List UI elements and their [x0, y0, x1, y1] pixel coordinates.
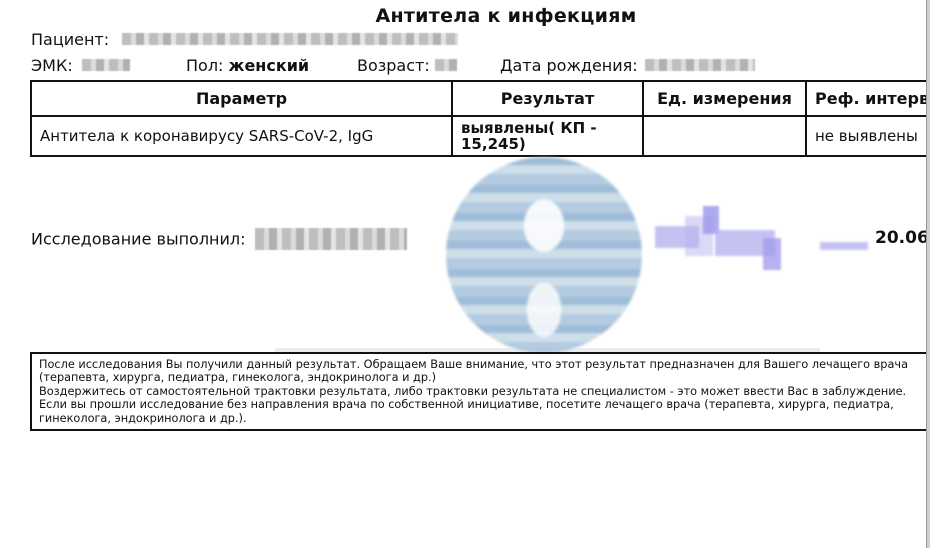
birthdate-label: Дата рождения:: [500, 56, 638, 75]
table-row: Антитела к коронавирусу SARS-CoV-2, IgG …: [31, 116, 926, 156]
birthdate-value-redacted: [645, 59, 755, 71]
emk-value-redacted: [82, 59, 130, 71]
result-line-1: выявлены( КП -: [461, 120, 634, 136]
document-page: Антитела к инфекциям Пациент: ЭМК: Пол: …: [0, 0, 926, 548]
cell-reference: не выявлены: [806, 116, 926, 156]
patient-name-redacted: [122, 33, 458, 45]
performer-name-redacted: [255, 228, 407, 250]
notice-line: Если вы прошли исследование без направле…: [39, 398, 926, 411]
emk-label: ЭМК:: [31, 56, 73, 75]
patient-line: Пациент:: [31, 30, 458, 49]
vertical-scrollbar[interactable]: [926, 0, 930, 548]
results-table: Параметр Результат Ед. измерения Реф. ин…: [30, 80, 926, 157]
sex-line: Пол: женский: [186, 56, 309, 75]
header-parameter: Параметр: [31, 81, 452, 116]
sex-value: женский: [229, 56, 310, 75]
header-reference: Реф. интервал: [806, 81, 926, 116]
sex-label: Пол:: [186, 56, 223, 75]
notice-line: Воздержитесь от самостоятельной трактовк…: [39, 385, 926, 398]
age-label: Возраст:: [357, 56, 430, 75]
performer-date: 20.06: [875, 228, 926, 248]
table-header-row: Параметр Результат Ед. измерения Реф. ин…: [31, 81, 926, 116]
emk-line: ЭМК:: [31, 56, 130, 75]
performer-line: Исследование выполнил:: [31, 229, 407, 251]
cell-unit: [643, 116, 806, 156]
header-result: Результат: [452, 81, 643, 116]
result-line-2: 15,245): [461, 136, 634, 152]
age-value-redacted: [435, 59, 457, 71]
cell-parameter: Антитела к коронавирусу SARS-CoV-2, IgG: [31, 116, 452, 156]
document-title: Антитела к инфекциям: [0, 5, 926, 27]
performer-label: Исследование выполнил:: [31, 230, 246, 249]
header-unit: Ед. измерения: [643, 81, 806, 116]
notice-box: После исследования Вы получили данный ре…: [30, 352, 926, 431]
notice-line: гинеколога, эндокринолога и др.).: [39, 412, 926, 425]
age-line: Возраст:: [357, 56, 457, 75]
signature-icon: [655, 198, 875, 278]
seal-stamp-icon: [446, 157, 642, 353]
notice-line: (терапевта, хирурга, педиатра, гинеколог…: [39, 371, 926, 384]
birthdate-line: Дата рождения:: [500, 56, 755, 75]
patient-label: Пациент:: [31, 30, 109, 49]
cell-result: выявлены( КП - 15,245): [452, 116, 643, 156]
notice-line: После исследования Вы получили данный ре…: [39, 358, 926, 371]
